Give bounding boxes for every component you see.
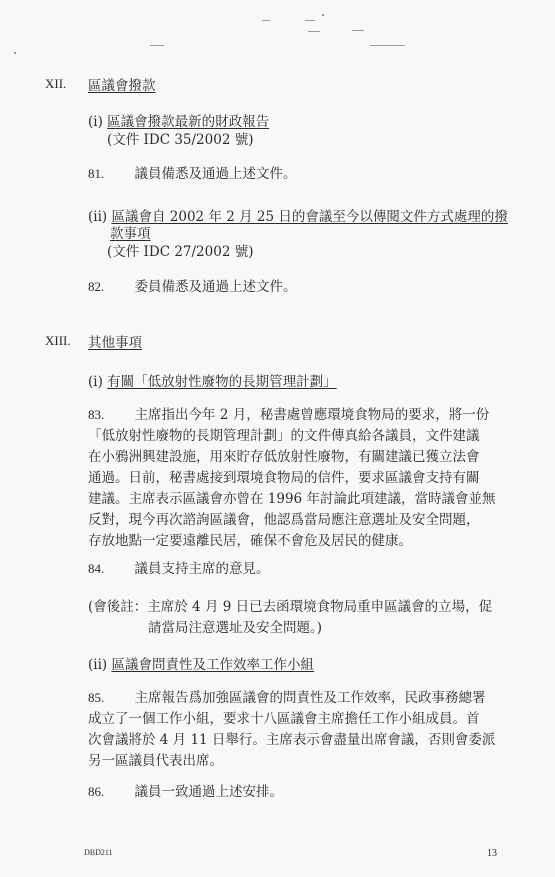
paragraph-line: 成立了一個工作小組，要求十八區議會主席擔任工作小組成員。首 — [88, 709, 495, 730]
paragraph: 85. 主席報告爲加強區議會的問責性及工作效率，民政事務總署 成立了一個工作小組… — [88, 687, 495, 772]
paragraph-line: 在小鴉洲興建設施，用來貯存低放射性廢物，有關建議已獲立法會 — [88, 447, 495, 468]
paragraph-line: 反對，現今再次諮詢區議會，他認爲當局應注意選址及安全問題， — [88, 510, 495, 531]
scan-artifact-line — [308, 31, 320, 32]
document-reference: (文件 IDC 35/2002 號) — [107, 128, 253, 148]
paragraph-text: 委員備悉及通過上述文件。 — [135, 279, 297, 295]
section-number: XIII. — [45, 333, 71, 349]
document-reference: (文件 IDC 27/2002 號) — [107, 240, 253, 260]
item-label: (i) — [88, 114, 103, 130]
item-heading: (i) 區議會撥款最新的財政報告 — [88, 110, 269, 130]
paragraph-line: 另一區議員代表出席。 — [88, 751, 495, 772]
note-line: 請當局注意選址及安全問題。) — [148, 618, 492, 639]
section-heading: 區議會撥款 — [88, 74, 156, 94]
document-code: DBD211 — [84, 848, 113, 857]
paragraph-number: 85. — [88, 690, 104, 705]
scan-artifact-dot — [14, 52, 16, 54]
paragraph-line: 通過。日前，秘書處接到環境食物局的信件，要求區議會支持有關 — [88, 468, 495, 489]
paragraph-line: 「低放射性廢物的長期管理計劃」的文件傳真給各議員，文件建議 — [88, 426, 495, 447]
item-title: 區議會問責性及工作效率工作小組 — [111, 657, 314, 673]
paragraph-text: 議員支持主席的意見。 — [135, 561, 270, 577]
note-line: (會後註：主席於 4 月 9 日已去函環境食物局重申區議會的立場，促 — [88, 597, 492, 618]
paragraph-number: 84. — [88, 561, 104, 576]
paragraph-number: 83. — [88, 407, 104, 422]
paragraph-line: 主席指出今年 2 月，秘書處曾應環境食物局的要求，將一份 — [135, 407, 490, 423]
scan-artifact-line — [150, 45, 164, 46]
paragraph: 81. 議員備悉及通過上述文件。 — [88, 163, 297, 185]
paragraph-line: 存放地點一定要遠離民居，確保不會危及居民的健康。 — [88, 531, 495, 552]
paragraph-text: 議員備悉及通過上述文件。 — [135, 166, 297, 182]
paragraph-text: 議員一致通過上述安排。 — [135, 784, 284, 800]
item-title: 區議會自 2002 年 2 月 25 日的會議至今以傳閱文件方式處理的撥 — [111, 209, 507, 225]
scan-artifact-line — [370, 45, 405, 46]
paragraph: 83. 主席指出今年 2 月，秘書處曾應環境食物局的要求，將一份 「低放射性廢物… — [88, 404, 495, 552]
item-heading: (ii) 區議會自 2002 年 2 月 25 日的會議至今以傳閱文件方式處理的… — [88, 205, 508, 225]
section-number: XII. — [45, 76, 66, 92]
item-heading: (ii) 區議會問責性及工作效率工作小組 — [88, 653, 314, 673]
paragraph-line: 主席報告爲加強區議會的問責性及工作效率，民政事務總署 — [135, 690, 486, 706]
paragraph-line: 建議。主席表示區議會亦曾在 1996 年討論此項建議，當時議會並無 — [88, 489, 495, 510]
scan-artifact-line — [305, 20, 315, 21]
item-heading-continued: 款事項 — [110, 222, 151, 242]
paragraph: 84. 議員支持主席的意見。 — [88, 558, 270, 580]
paragraph-line: 次會議將於 4 月 11 日舉行。主席表示會盡量出席會議，否則會委派 — [88, 730, 495, 751]
scan-artifact-line — [262, 20, 270, 21]
paragraph: 86. 議員一致通過上述安排。 — [88, 781, 283, 803]
page-number: 13 — [487, 848, 497, 859]
section-heading: 其他事項 — [88, 331, 142, 351]
scan-artifact-dot — [322, 14, 324, 16]
paragraph: 82. 委員備悉及通過上述文件。 — [88, 276, 297, 298]
paragraph-number: 81. — [88, 166, 104, 181]
scan-artifact-line — [352, 30, 364, 31]
item-heading: (i) 有關「低放射性廢物的長期管理計劃」 — [88, 370, 337, 390]
item-label: (ii) — [88, 209, 107, 225]
item-label: (i) — [88, 374, 103, 390]
post-meeting-note: (會後註：主席於 4 月 9 日已去函環境食物局重申區議會的立場，促 請當局注意… — [88, 597, 492, 639]
paragraph-number: 82. — [88, 279, 104, 294]
item-label: (ii) — [88, 657, 107, 673]
paragraph-number: 86. — [88, 784, 104, 799]
document-page: XII. 區議會撥款 (i) 區議會撥款最新的財政報告 (文件 IDC 35/2… — [0, 0, 555, 877]
item-title: 有關「低放射性廢物的長期管理計劃」 — [107, 374, 337, 390]
